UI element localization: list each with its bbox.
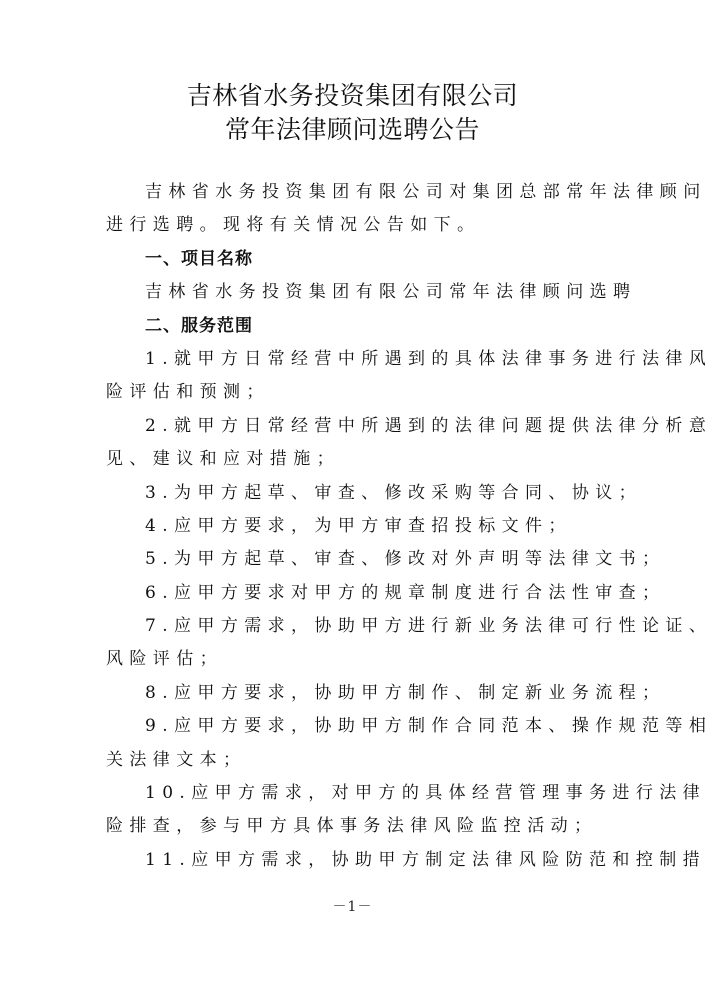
scope-item-1-cont: 险评估和预测； <box>106 376 606 409</box>
page-number: －1－ <box>0 896 705 916</box>
scope-item-8: 8.应甲方要求，协助甲方制作、制定新业务流程； <box>106 677 606 710</box>
scope-item-7-cont: 风险评估； <box>106 643 606 676</box>
intro-paragraph-line: 吉林省水务投资集团有限公司对集团总部常年法律顾问 <box>106 176 606 209</box>
scope-item-6: 6.应甲方要求对甲方的规章制度进行合法性审查； <box>106 577 606 610</box>
scope-item-9-cont: 关法律文本； <box>106 744 606 777</box>
scope-item-3: 3.为甲方起草、审查、修改采购等合同、协议； <box>106 477 606 510</box>
project-name-text: 吉林省水务投资集团有限公司常年法律顾问选聘 <box>106 276 606 309</box>
scope-item-11: 11.应甲方需求，协助甲方制定法律风险防范和控制措 <box>106 844 606 877</box>
scope-item-1: 1.就甲方日常经营中所遇到的具体法律事务进行法律风 <box>106 343 606 376</box>
section-heading-project-name: 一、项目名称 <box>106 243 606 276</box>
scope-item-9: 9.应甲方要求，协助甲方制作合同范本、操作规范等相 <box>106 710 606 743</box>
document-body: 吉林省水务投资集团有限公司对集团总部常年法律顾问 进行选聘。现将有关情况公告如下… <box>106 176 606 877</box>
scope-item-2: 2.就甲方日常经营中所遇到的法律问题提供法律分析意 <box>106 410 606 443</box>
scope-item-5: 5.为甲方起草、审查、修改对外声明等法律文书； <box>106 543 606 576</box>
document-title-line-2: 常年法律顾问选聘公告 <box>0 110 705 146</box>
document-title-line-1: 吉林省水务投资集团有限公司 <box>0 76 705 112</box>
document-page: 吉林省水务投资集团有限公司 常年法律顾问选聘公告 吉林省水务投资集团有限公司对集… <box>0 0 705 1000</box>
scope-item-4: 4.应甲方要求，为甲方审查招投标文件； <box>106 510 606 543</box>
section-heading-service-scope: 二、服务范围 <box>106 310 606 343</box>
scope-item-7: 7.应甲方需求，协助甲方进行新业务法律可行性论证、 <box>106 610 606 643</box>
scope-item-10: 10.应甲方需求，对甲方的具体经营管理事务进行法律风 <box>106 777 606 810</box>
scope-item-10-cont: 险排查，参与甲方具体事务法律风险监控活动； <box>106 810 606 843</box>
scope-item-2-cont: 见、建议和应对措施； <box>106 443 606 476</box>
intro-paragraph-line: 进行选聘。现将有关情况公告如下。 <box>106 209 606 242</box>
